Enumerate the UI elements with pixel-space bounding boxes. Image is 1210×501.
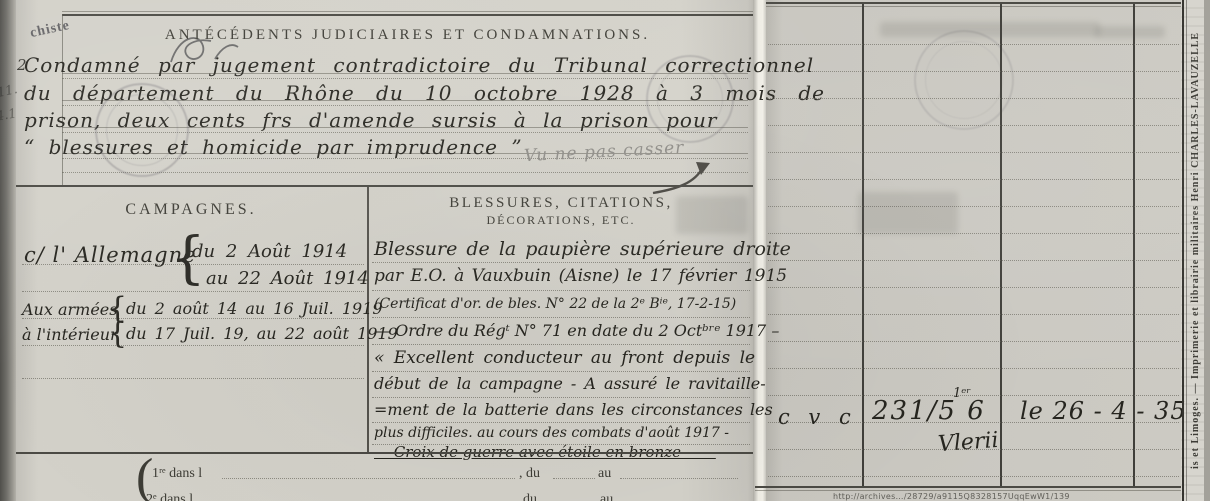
ruled-dotted: [62, 78, 748, 79]
campagne-entry-dates: du 17 Juil. 19, au 22 août 1919: [126, 324, 398, 343]
ruled-dotted: [768, 152, 1179, 153]
ruled-dotted: [768, 206, 1179, 207]
register-note-superscript: 1ᵉʳ: [953, 386, 971, 401]
right-col-line: [1000, 4, 1002, 487]
blessures-line-1: Blessure de la paupière supérieure droit…: [374, 238, 791, 260]
spine-line-thin: [1186, 0, 1187, 501]
bleed-smudge: [1095, 26, 1165, 38]
spine-line: [1182, 0, 1184, 501]
campagne-entry-label: à l'intérieur: [22, 325, 118, 344]
ruled-dotted: [768, 476, 1179, 477]
ruled-dotted: [22, 291, 364, 292]
garrison-row2-label: 2ᵉ dans l: [146, 492, 193, 501]
pencil-arrow-icon: [645, 158, 715, 198]
ruled-dotted: [768, 179, 1179, 180]
blessures-line-5: « Excellent conducteur au front depuis l…: [374, 348, 755, 368]
ruled-dotted: [768, 98, 1179, 99]
campagne-entry-dates: du 2 Août 1914: [192, 241, 347, 262]
right-bottom-thin: [755, 490, 1181, 491]
ruled-dotted: [372, 422, 750, 423]
right-top-thin: [766, 6, 1181, 7]
register-note-date: le 26 - 4 - 35: [1020, 397, 1187, 425]
ruled-dotted: [768, 287, 1179, 288]
scanned-military-record: { "stamps": { "fragment": "chiste" }, "m…: [0, 0, 1210, 501]
judiciaires-title: ANTÉCÉDENTS JUDICIAIRES ET CONDAMNATIONS…: [62, 27, 753, 44]
garrison-row1-du: , du: [519, 466, 540, 482]
round-stamp: [95, 83, 189, 177]
right-bottom-rule: [755, 486, 1181, 488]
campagne-entry-dates: au 22 Août 1914: [206, 268, 369, 289]
blessures-line-7: =ment de la batterie dans les circonstan…: [374, 400, 773, 419]
right-col-line: [862, 4, 864, 487]
round-stamp: [914, 30, 1014, 130]
ruled-dotted: [372, 290, 750, 291]
ruled-dotted: [768, 341, 1179, 342]
ruled-dotted: [768, 368, 1179, 369]
blessures-line-2: par E.O. à Vauxbuin (Aisne) le 17 févrie…: [374, 266, 787, 286]
ruled-dotted: [768, 260, 1179, 261]
archive-watermark: http://archives…/28729/a9115Q8328157UqqE…: [833, 492, 1070, 501]
campagne-entry-label: Aux armées: [22, 300, 117, 319]
bleed-smudge: [676, 196, 748, 234]
spine-edge: [1204, 0, 1210, 501]
garrison-row2-au: au: [600, 492, 613, 501]
garrison-row1-au: au: [598, 466, 611, 482]
bleed-smudge: [880, 22, 1100, 37]
ruled-dotted: [768, 71, 1179, 72]
ruled-dotted: [372, 317, 750, 318]
ruled-dotted: [22, 345, 364, 346]
register-note-signature: Vlerii: [937, 428, 999, 457]
printer-imprint-vertical: is et Limoges. — Imprimerie et librairie…: [1188, 0, 1204, 501]
ruled-dotted: [768, 314, 1179, 315]
blessures-line-8: plus difficiles. au cours des combats d'…: [374, 425, 729, 441]
right-top-rule: [766, 2, 1181, 4]
garrison-row2-du: du: [523, 492, 537, 501]
leader-dots: [620, 478, 738, 479]
campagne-entry-dates: du 2 août 14 au 16 Juil. 1919: [126, 299, 383, 318]
top-thin-rule: [62, 11, 753, 12]
ruled-dotted: [372, 371, 750, 372]
round-stamp: [646, 55, 734, 143]
ruled-dotted: [22, 378, 364, 379]
leader-dots: [553, 478, 595, 479]
blessures-line-3: (Certificat d'or. de bles. N° 22 de la 2…: [374, 296, 736, 312]
campagnes-title: CAMPAGNES.: [16, 201, 366, 219]
leader-dots: [222, 478, 515, 479]
ruled-dotted: [768, 44, 1179, 45]
ruled-dotted: [372, 344, 750, 345]
ruled-dotted: [768, 233, 1179, 234]
ruled-dotted: [768, 125, 1179, 126]
top-rule: [62, 14, 753, 16]
ruled-dotted: [372, 262, 750, 263]
scan-edge-left: [0, 0, 16, 501]
blessures-line-4: — Ordre du Régᵗ N° 71 en date du 2 Octᵇʳ…: [374, 321, 779, 340]
register-note-left: c v c: [778, 405, 857, 429]
section-divider: [16, 185, 753, 187]
bottom-divider: [16, 452, 753, 454]
garrison-row1-label: 1ʳᵉ dans l: [152, 466, 202, 482]
ruled-dotted: [372, 397, 750, 398]
brace: {: [108, 320, 127, 348]
bleed-smudge: [858, 192, 958, 234]
blessures-line-6: début de la campagne - A assuré le ravit…: [374, 374, 766, 393]
